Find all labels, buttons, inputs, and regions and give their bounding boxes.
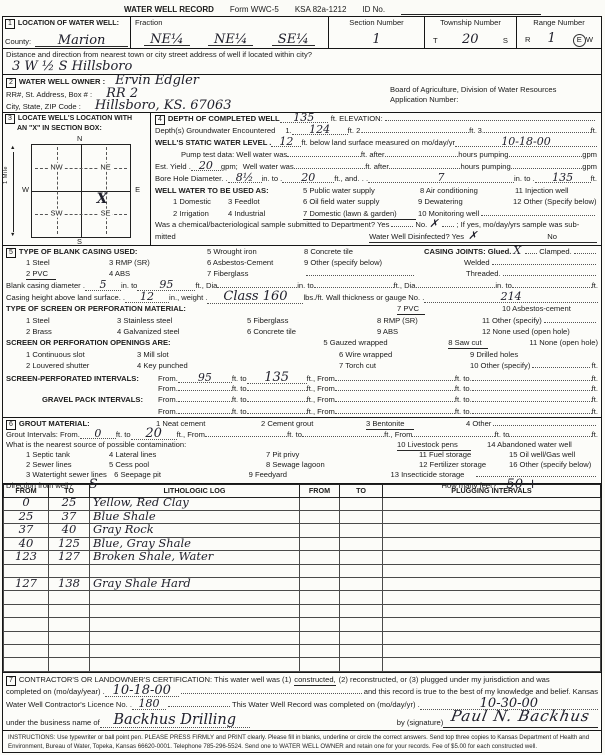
screen-material-title: TYPE OF SCREEN OR PERFORATION MATERIAL: (6, 304, 397, 314)
grout-other-blank (493, 419, 596, 426)
from-cell (4, 591, 49, 604)
screen-option-8-rmp: 8 RMP (SR) (377, 316, 482, 326)
empty-slot (205, 436, 287, 437)
static-level-value: 12 (279, 138, 293, 147)
bore-ftand-label: ft., and. . . (334, 174, 368, 184)
dia3-into-label: in. to (495, 281, 511, 291)
gi1-value: 0 (94, 430, 101, 439)
city-value: Hillsboro, KS. 67063 (95, 101, 232, 111)
log-cell-value: Broken Shale, Water (93, 551, 213, 563)
screen-option-6-concrete-tile: 6 Concrete tile (247, 327, 377, 337)
bore-ft1-value: 20 (301, 174, 315, 183)
plugging-cell (383, 524, 601, 537)
casing-option-6-asbestos-cement: 6 Asbestos-Cement (207, 258, 304, 268)
section-5-title: TYPE OF BLANK CASING USED: (19, 247, 138, 257)
weight-value: Class 160 (223, 292, 287, 302)
joints-welded-label: Welded (424, 258, 490, 268)
used-as-row-2: 1 Domestic3 Feedlot6 Oil field water sup… (155, 197, 597, 209)
dia2-slot (217, 287, 297, 288)
empty-slot (335, 401, 455, 402)
section-number-label: Section Number (331, 18, 422, 28)
grout-option-2-cement-grout: 2 Cement grout (261, 419, 366, 429)
empty-slot (509, 436, 591, 437)
yield-label: Est. Yield . (155, 162, 191, 172)
from2-cell (300, 631, 340, 644)
disinfected-yes-mark: ✗ (468, 232, 477, 241)
spi-to-value: 135 (264, 373, 289, 383)
col-plugging-intervals: PLUGGING INTERVALS (383, 484, 601, 497)
use-option-10-monitoring-well: 10 Monitoring well (418, 209, 479, 219)
weight-label: in., weight . (169, 293, 207, 303)
dia2-ft-slot (314, 287, 394, 288)
use-option-9-dewatering: 9 Dewatering (418, 197, 513, 207)
empty-slot (302, 436, 384, 437)
form-number: Form WWC-5 (230, 5, 279, 15)
depth-value: 135 (293, 114, 314, 123)
elevation-label: ft. ELEVATION: (331, 114, 383, 124)
opening-option-4-key-punched: 4 Key punched (137, 361, 339, 371)
county-label: County: (5, 37, 31, 47)
log-cell (90, 618, 300, 631)
table-row: 025Yellow, Red Clay (4, 497, 601, 510)
to-cell (49, 591, 90, 604)
to2-cell (340, 631, 383, 644)
contam-option-9-feedyard: 9 Feedyard (249, 470, 391, 480)
screen-option-5-fiberglass: 5 Fiberglass (247, 316, 377, 326)
pump-gpm-slot (509, 156, 583, 157)
ft-end-label: ft. (592, 395, 598, 405)
casing-option-5-wrought-iron: 5 Wrought iron (207, 247, 304, 257)
to-cell: 37 (49, 511, 90, 524)
gravel-interval-row-1: GRAVEL PACK INTERVALS:From.ft. toft., Fr… (6, 395, 598, 406)
casing-height-label: Casing height above land surface. . (6, 293, 125, 303)
compass-west: W (22, 185, 29, 195)
use-option-12-other: 12 Other (Specify below) (513, 197, 597, 207)
gauge-value: 214 (501, 293, 522, 302)
to-cell (49, 658, 90, 671)
from-cell-value: 123 (15, 551, 37, 563)
from-label: From. (158, 407, 178, 417)
bore-hole-row: Bore Hole Diameter. .8½in. to .20ft., an… (155, 174, 597, 186)
openings-row-3: 2 Louvered shutter4 Key punched7 Torch c… (6, 361, 598, 372)
yield-row: Est. Yield .20gpm;Well water wasft. afte… (155, 162, 597, 174)
to2-cell (340, 537, 383, 550)
dia-slot: 5 (85, 281, 121, 291)
table-row: 3740Gray Rock (4, 524, 601, 537)
opening-option-7-torch-cut: 7 Torch cut (339, 361, 470, 371)
plugging-cell (383, 551, 601, 564)
log-cell: Broken Shale, Water (90, 551, 300, 564)
from-cell-value: 127 (15, 577, 37, 589)
casing-other-blank (306, 269, 414, 276)
ft-to2-label: ft. to. (455, 384, 472, 394)
to-cell-value: 138 (58, 577, 80, 589)
yield-hours-slot (389, 168, 461, 169)
static-level-row: WELL'S STATIC WATER LEVEL .12ft. below l… (155, 138, 597, 150)
use-option-2-irrigation: 2 Irrigation (173, 209, 228, 219)
gauge-label: lbs./ft. Wall thickness or gauge No. . (303, 293, 424, 303)
from2-cell (300, 564, 340, 577)
contam-option-15-oil-gas-well: 15 Oil well/Gas well (509, 450, 575, 460)
opening-option-10-other: 10 Other (specify) (470, 361, 530, 371)
record-completed-label: This Water Well Record was completed on … (232, 700, 420, 710)
range-west: W (586, 35, 593, 44)
log-cell: Gray Rock (90, 524, 300, 537)
yield-ft-slot (294, 168, 366, 169)
to-cell-value: 125 (58, 537, 80, 549)
from2-cell (300, 658, 340, 671)
plugging-cell (383, 564, 601, 577)
yield-ft-after-label: ft. after (365, 162, 389, 172)
to-cell (49, 564, 90, 577)
to-cell-value: 25 (62, 497, 77, 509)
yield-gpm-slot (511, 168, 583, 169)
from-cell: 40 (4, 537, 49, 550)
licence-blank (168, 700, 230, 707)
static-date-slot: 10-18-00 (455, 138, 597, 148)
screen-interval-row-1: SCREEN-PERFORATED INTERVALS:From.95ft. t… (6, 373, 598, 384)
to-cell (49, 644, 90, 657)
log-cell (90, 658, 300, 671)
gw3-label: ft. 3. (469, 126, 484, 136)
use-option-11-injection-well: 11 Injection well (515, 186, 568, 196)
form-ksa: KSA 82a-1212 (295, 5, 347, 15)
licence-value: 180 (138, 700, 159, 709)
plugging-cell (383, 618, 601, 631)
contam-option-5-cess-pool: 5 Cess pool (109, 460, 266, 470)
opening-option-11-none: 11 None (open hole) (529, 338, 598, 348)
signature-label: by (signature) (397, 718, 443, 728)
township-value: 20 (462, 35, 479, 45)
sample-no-mark: ✗ (429, 220, 438, 229)
section-3-title-2: AN "X" IN SECTION BOX: (17, 124, 148, 133)
section-1-heading: 1LOCATION OF WATER WELL: (5, 18, 128, 29)
openings-row-2: 1 Continuous slot3 Mill slot6 Wire wrapp… (6, 350, 598, 361)
licence-slot: 180 (132, 700, 166, 710)
from2-cell (300, 604, 340, 617)
pump-hours-slot (385, 156, 459, 157)
quadrant-nw: NW (48, 162, 64, 172)
from2-cell (300, 577, 340, 590)
quadrant-sw: SW (49, 208, 65, 218)
township-label: Township Number (433, 18, 508, 28)
opening-option-5-gauzed: 5 Gauzed wrapped (323, 338, 448, 348)
dia-ftdia-label: ft., Dia (195, 281, 217, 291)
empty-slot (178, 401, 232, 402)
use-option-7-domestic-lawn-garden-selected: 7 Domestic (lawn & garden) (303, 209, 416, 220)
section-6-number: 6 (6, 420, 16, 430)
ft-from-label: ft., From (307, 374, 335, 384)
form-title: WATER WELL RECORD (124, 5, 214, 15)
log-cell-value: Gray Rock (93, 524, 154, 536)
screen-intervals-label: SCREEN-PERFORATED INTERVALS: (6, 374, 158, 384)
grout-intervals-row: Grout Intervals: From.0ft. to20ft., From… (6, 429, 598, 440)
gi-ftto-label: ft. to (116, 430, 131, 440)
contamination-row-1: What is the nearest source of possible c… (6, 440, 598, 450)
contam-option-3-watertight-sewer: 3 Watertight sewer lines (26, 470, 114, 480)
log-cell-value: Gray Shale Hard (93, 577, 191, 589)
log-cell-value: Yellow, Red Clay (93, 497, 189, 509)
ft-from-label: ft., From (307, 395, 335, 405)
col-from-2: FROM (300, 484, 340, 497)
empty-slot (412, 436, 494, 437)
log-cell-value: Blue Shale (93, 511, 156, 523)
casing-row-3: 2 PVC4 ABS7 FiberglassThreaded. (6, 269, 598, 280)
section-3-heading: 3LOCATE WELL'S LOCATION WITH (5, 114, 148, 124)
form-id-blank (401, 7, 541, 15)
to-cell: 138 (49, 577, 90, 590)
sample-question: Was a chemical/bacteriological sample su… (155, 220, 389, 230)
sample-yes-blank (391, 220, 413, 227)
gw1-slot: 124 (292, 126, 348, 136)
log-cell (90, 604, 300, 617)
joints-clamped-label: Clamped. (539, 247, 572, 257)
opening-option-8-saw-cut-selected: 8 Saw cut (448, 338, 488, 349)
ft-from-label: ft., From (307, 407, 335, 417)
log-cell (90, 631, 300, 644)
business-name-value: Backhus Drilling (113, 715, 236, 727)
gw-ft-label: ft. (591, 126, 597, 136)
plugging-cell (383, 537, 601, 550)
empty-slot (472, 390, 592, 391)
casing-option-7-fiberglass: 7 Fiberglass (207, 269, 304, 279)
section-box: NW NE SW SE X (31, 144, 131, 238)
from-cell (4, 604, 49, 617)
agency-block: Board of Agriculture, Division of Water … (390, 76, 598, 111)
from-label: From. (158, 384, 178, 394)
arrow-stem (13, 152, 14, 232)
plugging-cell (383, 658, 601, 671)
to2-cell (340, 577, 383, 590)
log-cell: Yellow, Red Clay (90, 497, 300, 510)
gi2-slot: 20 (131, 429, 177, 440)
one-mile-label: 1 Mile (3, 166, 10, 184)
contam-option-6-seepage-pit: 6 Seepage pit (114, 470, 249, 480)
elevation-blank (385, 114, 595, 121)
ft-to-label: ft. to (232, 374, 247, 384)
to2-cell (340, 564, 383, 577)
spi-to-slot: 135 (247, 373, 307, 384)
contam-option-2-sewer-lines: 2 Sewer lines (26, 460, 109, 470)
section-number-cell: Section Number 1 (329, 17, 425, 48)
cert-completed-label: completed on (mo/day/year) . (6, 687, 105, 697)
casing-option-1-steel: 1 Steel (26, 258, 109, 268)
bore-d2-value: 7 (438, 174, 445, 183)
contam-option-13-insecticide-storage: 13 Insecticide storage (391, 470, 474, 480)
screen-interval-row-2: From.ft. toft., Fromft. to.ft. (6, 384, 598, 395)
used-as-label: WELL WATER TO BE USED AS: (155, 186, 303, 196)
static-level-slot: 12 (271, 138, 301, 148)
grout-option-4-other: 4 Other (466, 419, 491, 429)
screen-other-blank (544, 316, 596, 323)
ft-end-label: ft. (592, 384, 598, 394)
table-row: 123127Broken Shale, Water (4, 551, 601, 564)
bore-into2-label: in. to . (514, 174, 535, 184)
empty-slot (472, 413, 592, 414)
disinfected-label: Water Well Disinfected? Yes (369, 232, 464, 242)
gi-ftto3-label: ft. to (495, 430, 510, 440)
section-2-number: 2 (6, 78, 16, 88)
section-6-grout: 6GROUT MATERIAL:1 Neat cement2 Cement gr… (3, 418, 601, 484)
table-row (4, 644, 601, 657)
static-level-mid-label: ft. below land surface measured on mo/da… (301, 138, 455, 148)
gw1-value: 124 (309, 126, 330, 135)
to-cell: 127 (49, 551, 90, 564)
dia3-ftdia-label: ft., Dia (394, 281, 416, 291)
plugging-cell (383, 497, 601, 510)
form-body: 1LOCATION OF WATER WELL: County:Marion F… (2, 16, 602, 753)
used-as-row-1: WELL WATER TO BE USED AS:5 Public water … (155, 186, 597, 198)
screen-option-3-stainless: 3 Stainless steel (117, 316, 247, 326)
to-cell (49, 631, 90, 644)
section-6-title: GROUT MATERIAL: (19, 419, 90, 429)
bore-d2-slot: 7 (368, 174, 514, 184)
to2-cell (340, 511, 383, 524)
township-cell: Township Number T20S (425, 17, 517, 48)
empty-slot (335, 390, 455, 391)
sample-no-blank (442, 220, 454, 227)
ft-to-label: ft. to (232, 407, 247, 417)
from-cell-value: 37 (19, 524, 34, 536)
casing-height-row: Casing height above land surface. .12in.… (6, 292, 598, 304)
use-option-4-industrial: 4 Industrial (228, 209, 303, 219)
from-cell: 37 (4, 524, 49, 537)
spi-from-value: 95 (198, 374, 212, 383)
plugging-cell (383, 604, 601, 617)
table-row (4, 618, 601, 631)
township-suffix: S (503, 36, 508, 46)
screen-material-row-2: 1 Steel3 Stainless steel5 Fiberglass8 RM… (6, 316, 598, 327)
height-value: 12 (140, 293, 154, 302)
joints-glued-mark: X (513, 247, 521, 256)
distance-value: 3 W ½ S Hillsboro (12, 62, 598, 72)
screen-material-row-3: 2 Brass4 Galvanized steel6 Concrete tile… (6, 327, 598, 338)
col-from-1: FROM (4, 484, 49, 497)
quadrant-se: SE (99, 208, 113, 218)
from-cell-value: 25 (19, 511, 34, 523)
from2-cell (300, 524, 340, 537)
ft-from-label: ft., From (307, 384, 335, 394)
quadrant-ne: NE (98, 162, 112, 172)
groundwater-label: Depth(s) Groundwater Encountered (155, 126, 275, 136)
fraction-label: Fraction (135, 18, 324, 28)
use-option-1-domestic: 1 Domestic (173, 197, 228, 207)
casing-joints-label: CASING JOINTS: Glued. (424, 247, 511, 257)
dia-ft-slot: 95 (137, 281, 195, 291)
ft-to-label: ft. to (232, 395, 247, 405)
opening-other-blank (532, 361, 589, 368)
gi-ft-label: ft. (592, 430, 598, 440)
from2-cell (300, 497, 340, 510)
contam-option-4-lateral-lines: 4 Lateral lines (109, 450, 266, 460)
contam-option-12-fertilizer-storage: 12 Fertilizer storage (419, 460, 509, 470)
to2-cell (340, 604, 383, 617)
dia3-slot (416, 287, 496, 288)
to-cell-value: 40 (62, 524, 77, 536)
bore-d1-slot: 8½ (228, 174, 262, 184)
disinfected-no-label: No (547, 232, 557, 242)
dia3-ft-slot (512, 287, 592, 288)
log-cell: Blue, Gray Shale (90, 537, 300, 550)
to2-cell (340, 591, 383, 604)
casing-option-8-concrete-tile: 8 Concrete tile (304, 247, 424, 257)
screen-option-7-pvc-selected: 7 PVC (397, 304, 425, 315)
form-id-label: ID No. (362, 5, 385, 15)
from-cell (4, 618, 49, 631)
compass-east: E (135, 185, 140, 195)
section-3-title-1: LOCATE WELL'S LOCATION WITH (18, 114, 132, 123)
casing-option-9-other: 9 Other (specify below) (304, 258, 424, 268)
pump-hours-label: hours pumping (458, 150, 508, 160)
contamination-label: What is the nearest source of possible c… (6, 440, 397, 450)
county-cell: 1LOCATION OF WATER WELL: County:Marion (3, 17, 131, 48)
licence-label: Water Well Contractor's Licence No. . (6, 700, 132, 710)
casing-row-1: 5TYPE OF BLANK CASING USED:5 Wrought iro… (6, 247, 598, 258)
from2-cell (300, 537, 340, 550)
use-option-6-oil-field: 6 Oil field water supply (303, 197, 418, 207)
table-row: 2537Blue Shale (4, 511, 601, 524)
grout-option-1-neat-cement: 1 Neat cement (156, 419, 261, 429)
cert-constructed-selected: constructed, (294, 675, 335, 686)
empty-slot (247, 401, 307, 402)
empty-slot (335, 413, 455, 414)
section-5-number: 5 (6, 248, 16, 258)
compass-south: S (77, 237, 82, 247)
contam-other-blank (476, 470, 596, 477)
empty-slot (247, 390, 307, 391)
signature-line: Paul N. Backhus (443, 707, 598, 728)
welded-blank (492, 258, 596, 265)
water-well-record-form: WATER WELL RECORD Form WWC-5 KSA 82a-121… (0, 0, 605, 755)
range-prefix: R (525, 35, 530, 45)
gi-ftto2-label: ft. to (287, 430, 302, 440)
to2-cell (340, 644, 383, 657)
sample-row: Was a chemical/bacteriological sample su… (155, 220, 597, 232)
casing-option-2-pvc-selected: 2 PVC (26, 269, 56, 280)
arrow-up-icon: ▲ (10, 146, 15, 151)
static-date-value: 10-18-00 (501, 138, 550, 147)
pump-ft-after-label: ft. after (361, 150, 385, 160)
section-7-certification: 7CONTRACTOR'S OR LANDOWNER'S CERTIFICATI… (3, 672, 601, 731)
application-number-label: Application Number: (390, 95, 598, 105)
contam-option-16-other: 16 Other (specify below) (509, 460, 591, 470)
table-row (4, 658, 601, 671)
disinfected-row: mittedWater Well Disinfected? Yes✗No (155, 232, 597, 244)
dia-into-label: in. to (121, 281, 137, 291)
from2-cell (300, 591, 340, 604)
depth-row: 4DEPTH OF COMPLETED WELL135ft. ELEVATION… (155, 114, 597, 126)
range-direction: EW (573, 34, 593, 47)
to2-cell (340, 658, 383, 671)
screen-material-row-1: TYPE OF SCREEN OR PERFORATION MATERIAL:7… (6, 304, 598, 315)
section-3-locate: 3LOCATE WELL'S LOCATION WITH AN "X" IN S… (3, 113, 151, 245)
used-as-row-3: 2 Irrigation4 Industrial7 Domestic (lawn… (155, 209, 597, 221)
city-label: City, State, ZIP Code : (6, 102, 81, 112)
city-row: City, State, ZIP Code :Hillsboro, KS. 67… (6, 101, 390, 113)
address-label: RR#, St. Address, Box # : (6, 90, 92, 100)
gravel-interval-row-2: From.ft. toft., Fromft. to.ft. (6, 407, 598, 418)
empty-slot (247, 413, 307, 414)
spi-from-slot: 95 (178, 374, 232, 384)
section-5-casing: 5TYPE OF BLANK CASING USED:5 Wrought iro… (3, 246, 601, 418)
distance-row: Distance and direction from nearest town… (3, 49, 601, 74)
opening-option-6-wire-wrapped: 6 Wire wrapped (339, 350, 470, 360)
township-prefix: T (433, 36, 438, 46)
spi-from2-slot (335, 380, 455, 381)
screen-option-4-galvanized: 4 Galvanized steel (117, 327, 247, 337)
screen-option-10-asbestos-cement: 10 Asbestos-cement (502, 304, 571, 314)
pump-test-row: Pump test data: Well water wasft. afterh… (155, 150, 597, 162)
